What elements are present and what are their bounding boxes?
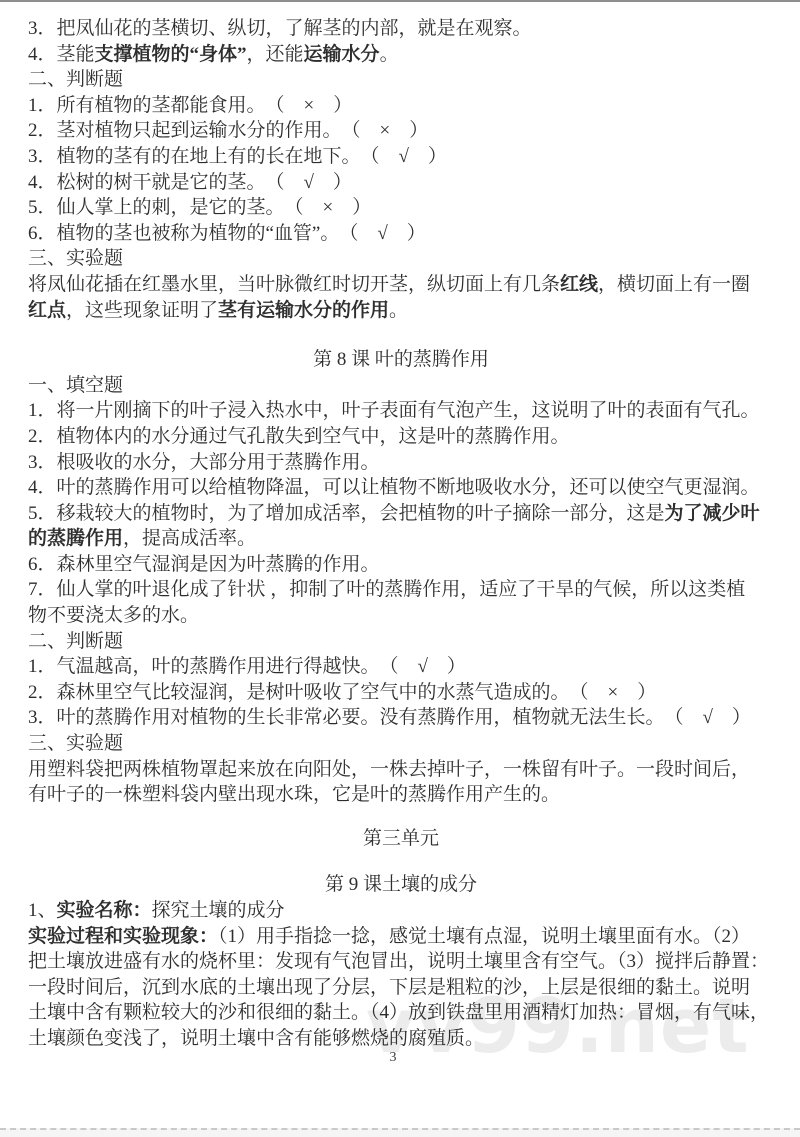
text-segment: （1）用手指捻一捻，感觉土壤有点湿，说明土壤里面有水。（2）	[218, 926, 750, 947]
text-line: 6．植物的茎也被称为植物的“血管”。 （ √ ）	[28, 221, 774, 247]
text-segment: 4．叶的蒸腾作用可以给植物降温，可以让植物不断地吸收水分，还可以使空气更湿润。	[28, 477, 760, 498]
text-segment: 用塑料袋把两株植物罩起来放在向阳处，一株去掉叶子，一株留有叶子。一段时间后，	[28, 759, 750, 780]
text-segment: 第 8 课 叶的蒸腾作用	[313, 349, 489, 370]
bold-text-segment: 为了减少叶	[665, 503, 760, 524]
text-segment: 二、判断题	[28, 69, 123, 90]
text-segment: 第三单元	[363, 828, 439, 849]
text-segment: 3．把凤仙花的茎横切、纵切，了解茎的内部，就是在观察。	[28, 18, 532, 39]
document-body: 3．把凤仙花的茎横切、纵切，了解茎的内部，就是在观察。4．茎能支撑植物的“身体”…	[28, 16, 774, 1052]
text-segment: 土壤中含有颗粒较大的沙和很细的黏土。（4）放到铁盘里用酒精灯加热：冒烟，有气味，	[28, 1002, 769, 1023]
text-segment: 1．气温越高，叶的蒸腾作用进行得越快。 （ √ ）	[28, 656, 466, 677]
text-segment: 4．茎能	[28, 44, 95, 65]
section-heading: 第三单元	[28, 826, 774, 852]
bold-text-segment: 运输水分	[304, 44, 380, 65]
text-segment: 第 9 课土壤的成分	[325, 874, 477, 895]
bold-text-segment: 红点	[28, 300, 66, 321]
text-line: 7．仙人掌的叶退化成了针状 ，抑制了叶的蒸腾作用，适应了干旱的气候，所以这类植	[28, 577, 774, 603]
text-segment: 探究土壤的成分	[152, 900, 285, 921]
text-line: 3．根吸收的水分，大部分用于蒸腾作用。	[28, 450, 774, 476]
text-line: 6．森林里空气湿润是因为叶蒸腾的作用。	[28, 552, 774, 578]
text-segment: 6．植物的茎也被称为植物的“血管”。 （ √ ）	[28, 223, 426, 244]
text-line: 三、实验题	[28, 731, 774, 757]
text-segment: 3．植物的茎有的在地上有的长在地下。 （ √ ）	[28, 146, 447, 167]
text-line: 二、判断题	[28, 67, 774, 93]
text-segment: 土壤颜色变浅了，说明土壤中含有能够燃烧的腐殖质。	[28, 1028, 484, 1049]
text-segment: 1、	[28, 900, 57, 921]
text-line: 5．仙人掌上的刺，是它的茎。 （ × ）	[28, 195, 774, 221]
text-line: 有叶子的一株塑料袋内壁出现水珠，它是叶的蒸腾作用产生的。	[28, 782, 774, 808]
text-segment: 5．仙人掌上的刺，是它的茎。 （ × ）	[28, 197, 371, 218]
text-line: 2．森林里空气比较湿润，是树叶吸收了空气中的水蒸气造成的。 （ × ）	[28, 680, 774, 706]
text-segment: 7．仙人掌的叶退化成了针状 ，抑制了叶的蒸腾作用，适应了干旱的气候，所以这类植	[28, 579, 745, 600]
text-line: 二、判断题	[28, 629, 774, 655]
text-segment: ，还能	[247, 44, 304, 65]
text-line: 将凤仙花插在红墨水里，当叶脉微红时切开茎，纵切面上有几条红线，横切面上有一圈	[28, 272, 774, 298]
text-line: 一段时间后，沉到水底的土壤出现了分层，下层是粗粒的沙，上层是很细的黏土。说明	[28, 975, 774, 1001]
text-segment: 三、实验题	[28, 733, 123, 754]
text-segment: ，提高成活率。	[123, 528, 256, 549]
text-segment: 3．叶的蒸腾作用对植物的生长非常必要。没有蒸腾作用，植物就无法生长。 （ √ ）	[28, 707, 751, 728]
bold-text-segment: 的蒸腾作用	[28, 528, 123, 549]
text-segment: 1．所有植物的茎都能食用。 （ × ）	[28, 95, 352, 116]
text-line: 的蒸腾作用，提高成活率。	[28, 526, 774, 552]
page-top-edge	[0, 0, 800, 2]
text-line: 物不要浇太多的水。	[28, 603, 774, 629]
text-segment: 一、填空题	[28, 375, 123, 396]
text-line: 红点，这些现象证明了茎有运输水分的作用。	[28, 298, 774, 324]
text-segment: 三、实验题	[28, 248, 123, 269]
text-line: 1．气温越高，叶的蒸腾作用进行得越快。 （ √ ）	[28, 654, 774, 680]
page-number: 3	[0, 1050, 786, 1066]
text-segment: 5．移栽较大的植物时，为了增加成活率，会把植物的叶子摘除一部分，这是	[28, 503, 665, 524]
text-segment: 6．森林里空气湿润是因为叶蒸腾的作用。	[28, 554, 380, 575]
text-line: 1．将一片刚摘下的叶子浸入热水中，叶子表面有气泡产生，这说明了叶的表面有气孔。	[28, 398, 774, 424]
text-segment: 。	[380, 44, 399, 65]
bold-text-segment: 红线	[560, 274, 598, 295]
text-line: 4．松树的树干就是它的茎。 （ √ ）	[28, 170, 774, 196]
text-segment: 物不要浇太多的水。	[28, 605, 199, 626]
text-segment: 2．森林里空气比较湿润，是树叶吸收了空气中的水蒸气造成的。 （ × ）	[28, 682, 656, 703]
section-heading: 第 8 课 叶的蒸腾作用	[28, 347, 774, 373]
text-line: 3．叶的蒸腾作用对植物的生长非常必要。没有蒸腾作用，植物就无法生长。 （ √ ）	[28, 705, 774, 731]
text-line: 用塑料袋把两株植物罩起来放在向阳处，一株去掉叶子，一株留有叶子。一段时间后，	[28, 757, 774, 783]
bold-text-segment: 茎有运输水分的作用	[218, 300, 389, 321]
text-line: 一、填空题	[28, 373, 774, 399]
text-segment: 4．松树的树干就是它的茎。 （ √ ）	[28, 172, 352, 193]
text-line: 土壤中含有颗粒较大的沙和很细的黏土。（4）放到铁盘里用酒精灯加热：冒烟，有气味，	[28, 1000, 774, 1026]
text-line: 2．植物体内的水分通过气孔散失到空气中，这是叶的蒸腾作用。	[28, 424, 774, 450]
text-segment: 3．根吸收的水分，大部分用于蒸腾作用。	[28, 452, 380, 473]
text-line: 3．植物的茎有的在地上有的长在地下。 （ √ ）	[28, 144, 774, 170]
document-page: vv99.net 3．把凤仙花的茎横切、纵切，了解茎的内部，就是在观察。4．茎能…	[0, 0, 800, 1137]
text-line: 4．茎能支撑植物的“身体”，还能运输水分。	[28, 42, 774, 68]
text-segment: 把土壤放进盛有水的烧杯里：发现有气泡冒出，说明土壤里含有空气。（3）搅拌后静置：	[28, 951, 769, 972]
bold-text-segment: 实验过程和实验现象：	[28, 926, 218, 947]
text-line: 土壤颜色变浅了，说明土壤中含有能够燃烧的腐殖质。	[28, 1026, 774, 1052]
text-line: 2．茎对植物只起到运输水分的作用。 （ × ）	[28, 118, 774, 144]
text-line: 4．叶的蒸腾作用可以给植物降温，可以让植物不断地吸收水分，还可以使空气更湿润。	[28, 475, 774, 501]
text-segment: 二、判断题	[28, 631, 123, 652]
text-segment: 。	[389, 300, 408, 321]
section-heading: 第 9 课土壤的成分	[28, 872, 774, 898]
text-segment: ，这些现象证明了	[66, 300, 218, 321]
text-segment: ，横切面上有一圈	[598, 274, 750, 295]
bold-text-segment: 实验名称：	[57, 900, 152, 921]
text-line: 1．所有植物的茎都能食用。 （ × ）	[28, 93, 774, 119]
text-segment: 有叶子的一株塑料袋内壁出现水珠，它是叶的蒸腾作用产生的。	[28, 784, 560, 805]
text-line: 1、实验名称：探究土壤的成分	[28, 898, 774, 924]
page-bottom-divider	[0, 1128, 800, 1137]
text-segment: 1．将一片刚摘下的叶子浸入热水中，叶子表面有气泡产生，这说明了叶的表面有气孔。	[28, 400, 760, 421]
text-segment: 2．茎对植物只起到运输水分的作用。 （ × ）	[28, 120, 428, 141]
text-line: 把土壤放进盛有水的烧杯里：发现有气泡冒出，说明土壤里含有空气。（3）搅拌后静置：	[28, 949, 774, 975]
text-segment: 一段时间后，沉到水底的土壤出现了分层，下层是粗粒的沙，上层是很细的黏土。说明	[28, 977, 750, 998]
text-line: 三、实验题	[28, 246, 774, 272]
bold-text-segment: 支撑植物的“身体”	[95, 44, 247, 65]
text-segment: 2．植物体内的水分通过气孔散失到空气中，这是叶的蒸腾作用。	[28, 426, 570, 447]
text-segment: 将凤仙花插在红墨水里，当叶脉微红时切开茎，纵切面上有几条	[28, 274, 560, 295]
text-line: 实验过程和实验现象：（1）用手指捻一捻，感觉土壤有点湿，说明土壤里面有水。（2）	[28, 924, 774, 950]
text-line: 3．把凤仙花的茎横切、纵切，了解茎的内部，就是在观察。	[28, 16, 774, 42]
text-line: 5．移栽较大的植物时，为了增加成活率，会把植物的叶子摘除一部分，这是为了减少叶	[28, 501, 774, 527]
